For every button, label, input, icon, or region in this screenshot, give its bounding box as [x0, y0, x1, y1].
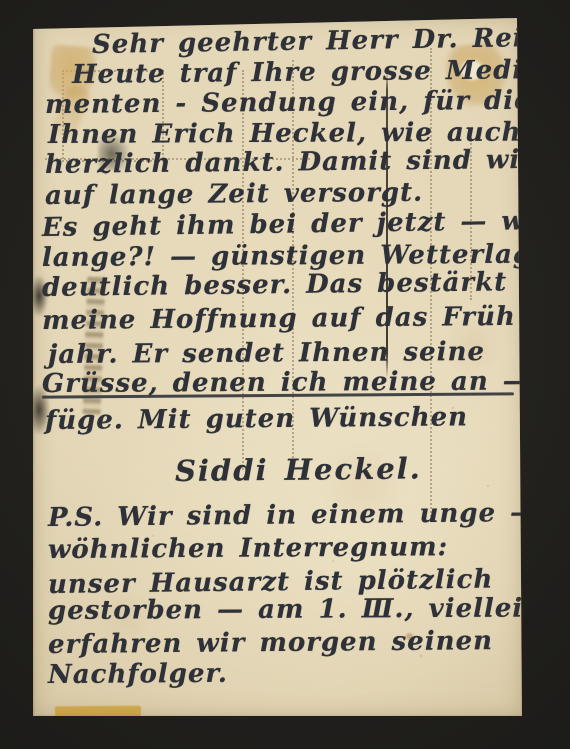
handwritten-line: erfahren wir morgen seinen	[48, 628, 493, 658]
handwritten-line: deutlich besser. Das bestärkt sehr	[42, 268, 570, 301]
handwritten-line: lange?! — günstigen Wetterlage	[42, 241, 550, 271]
handwritten-line: auf lange Zeit versorgt.	[45, 180, 423, 209]
paper-speck	[117, 20, 123, 25]
handwritten-line: Sehr geehrter Herr Dr. Reiß.	[92, 25, 555, 58]
handwritten-line: P.S. Wir sind in einem unge —	[48, 500, 537, 531]
scan-backdrop: Sehr geehrter Herr Dr. Reiß. Heute traf …	[0, 0, 570, 749]
signature-line: Siddi Heckel.	[175, 454, 422, 486]
handwritten-line: Nachfolger.	[48, 661, 228, 688]
handwritten-line: Heute traf Ihre grosse Medika —	[72, 56, 570, 88]
handwritten-line: wöhnlichen Interregnum:	[48, 534, 448, 563]
handwritten-line: menten - Sendung ein, für die	[45, 88, 532, 118]
handwritten-line: Ihnen Erich Heckel, wie auch ich,	[48, 119, 570, 148]
handwritten-line: meine Hoffnung auf das Früh —	[42, 304, 557, 334]
handwritten-line: jahr. Er sendet Ihnen seine	[48, 339, 485, 368]
handwritten-line: Es geht ihm bei der jetzt — wie	[42, 208, 554, 241]
handwritten-line: herzlich dankt. Damit sind wir	[45, 147, 535, 178]
handwritten-line: füge. Mit guten Wünschen	[45, 404, 468, 434]
tape-strip-bottom	[55, 706, 141, 718]
postcard: Sehr geehrter Herr Dr. Reiß. Heute traf …	[33, 16, 523, 717]
handwritten-line: gestorben — am 1. Ⅲ., vielleicht	[48, 595, 570, 624]
